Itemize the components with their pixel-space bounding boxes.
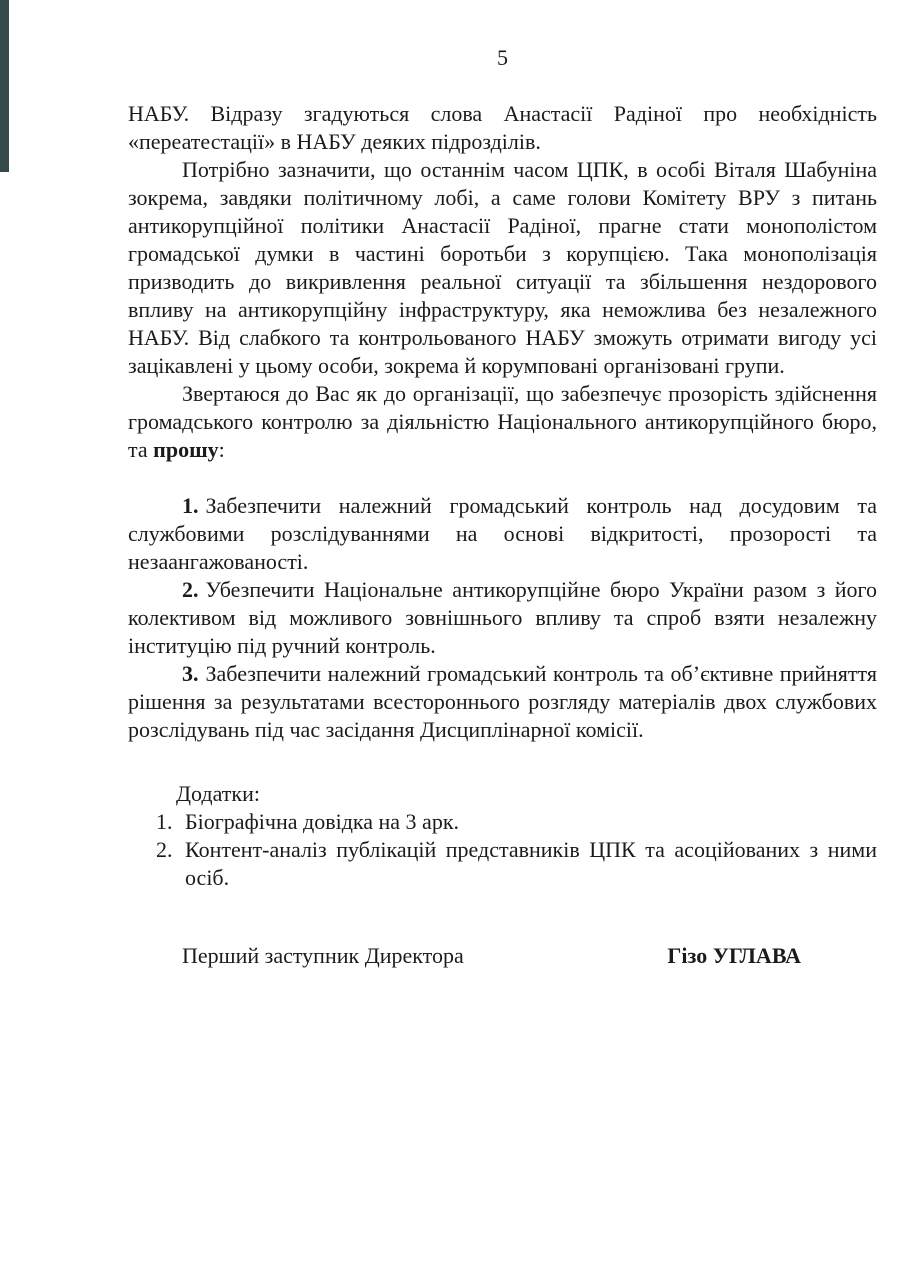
attachments-section: Додатки: 1. Біографічна довідка на 3 арк… bbox=[128, 780, 877, 892]
demand-item-3: 3.Забезпечити належний громадський контр… bbox=[128, 660, 877, 744]
attachment-number-1: 1. bbox=[156, 808, 185, 836]
body-paragraph-continued: НАБУ. Відразу згадуються слова Анастасії… bbox=[128, 100, 877, 156]
demand-item-1: 1.Забезпечити належний громадський контр… bbox=[128, 492, 877, 576]
demand-text-1: Забезпечити належний громадський контрол… bbox=[128, 493, 877, 574]
demand-text-2: Убезпечити Національне антикорупційне бю… bbox=[128, 577, 877, 658]
demand-item-2: 2.Убезпечити Національне антикорупційне … bbox=[128, 576, 877, 660]
body-paragraph-2: Потрібно зазначити, що останнім часом ЦП… bbox=[128, 156, 877, 380]
demand-number-1: 1. bbox=[182, 493, 199, 518]
request-paragraph: Звертаюся до Вас як до організації, що з… bbox=[128, 380, 877, 464]
attachment-text-1: Біографічна довідка на 3 арк. bbox=[185, 808, 877, 836]
signature-row: Перший заступник Директора Гізо УГЛАВА bbox=[128, 942, 877, 970]
signature-title: Перший заступник Директора bbox=[182, 942, 464, 970]
request-text-after: : bbox=[219, 437, 225, 462]
signature-name: Гізо УГЛАВА bbox=[667, 942, 801, 970]
attachment-number-2: 2. bbox=[156, 836, 185, 892]
document-page: 5 НАБУ. Відразу згадуються слова Анастас… bbox=[0, 0, 905, 970]
attachment-item-2: 2. Контент-аналіз публікацій представник… bbox=[156, 836, 877, 892]
page-number: 5 bbox=[128, 44, 877, 72]
demand-number-2: 2. bbox=[182, 577, 199, 602]
demand-text-3: Забезпечити належний громадський контрол… bbox=[128, 661, 877, 742]
demands-list: 1.Забезпечити належний громадський контр… bbox=[128, 492, 877, 744]
attachments-label: Додатки: bbox=[176, 780, 877, 808]
request-text-before: Звертаюся до Вас як до організації, що з… bbox=[128, 381, 877, 462]
attachment-item-1: 1. Біографічна довідка на 3 арк. bbox=[156, 808, 877, 836]
demand-number-3: 3. bbox=[182, 661, 199, 686]
edge-artifact-bar bbox=[0, 0, 9, 172]
attachment-text-2: Контент-аналіз публікацій представників … bbox=[185, 836, 877, 892]
request-bold-word: прошу bbox=[153, 437, 218, 462]
